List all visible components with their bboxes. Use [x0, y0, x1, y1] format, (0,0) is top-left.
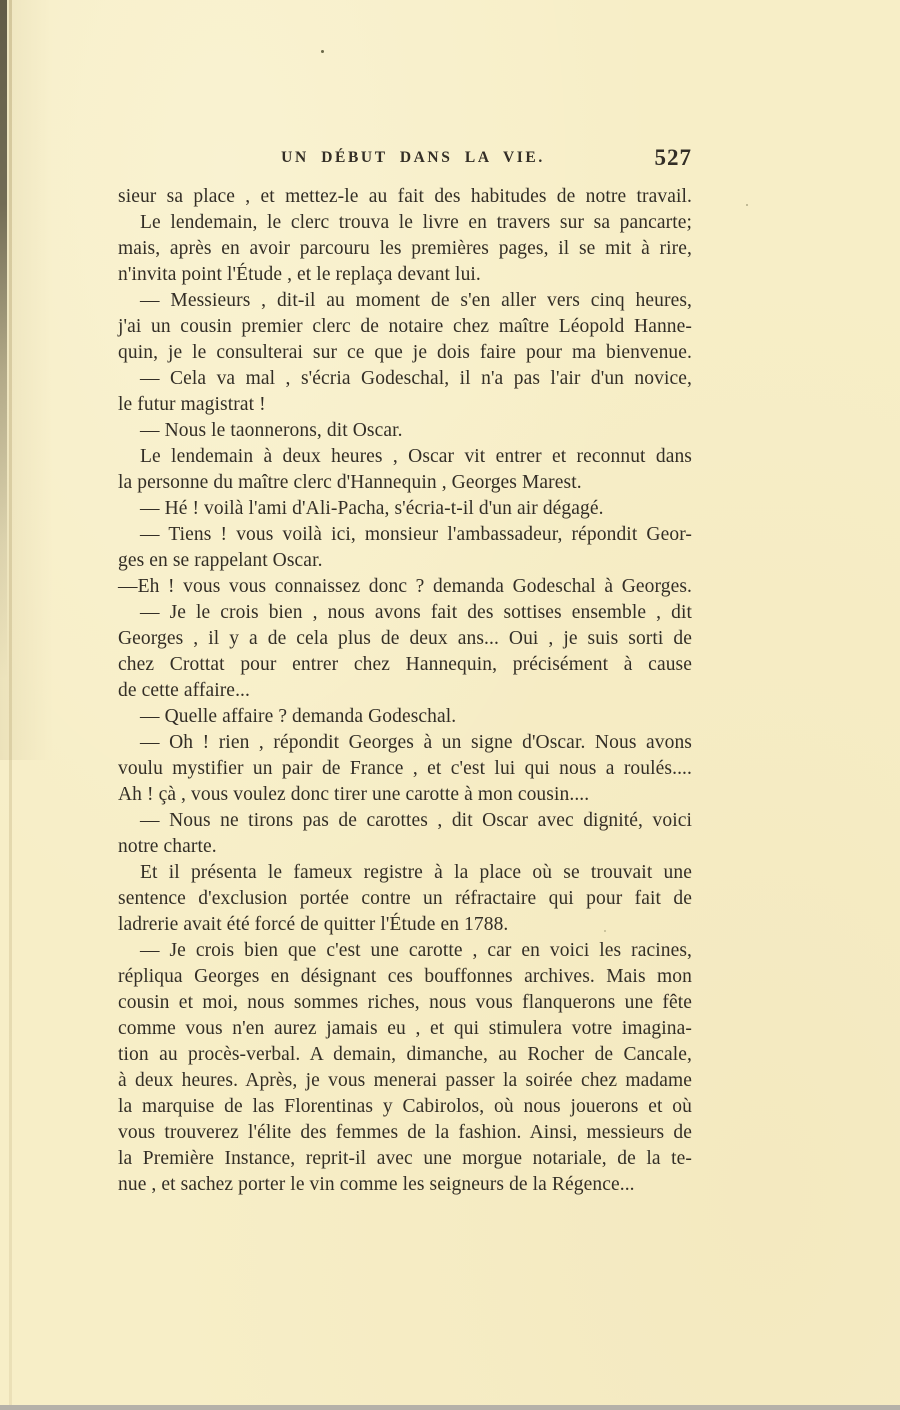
text-line: — Je le crois bien , nous avons fait des… [118, 600, 692, 626]
text-line: le futur magistrat ! [118, 392, 692, 418]
text-line: — Cela va mal , s'écria Godeschal, il n'… [118, 366, 692, 392]
text-line: — Hé ! voilà l'ami d'Ali-Pacha, s'écria-… [118, 496, 692, 522]
paper-speck [746, 204, 748, 206]
page-crease-line [9, 0, 12, 1410]
text-line: — Messieurs , dit-il au moment de s'en a… [118, 288, 692, 314]
text-line: Le lendemain à deux heures , Oscar vit e… [118, 444, 692, 470]
text-line: — Quelle affaire ? demanda Godeschal. [118, 704, 692, 730]
text-line: n'invita point l'Étude , et le replaça d… [118, 262, 692, 288]
text-line: Le lendemain, le clerc trouva le livre e… [118, 210, 692, 236]
text-line: tion au procès-verbal. A demain, dimanch… [118, 1042, 692, 1068]
text-line: la personne du maître clerc d'Hannequin … [118, 470, 692, 496]
page-number: 527 [655, 145, 693, 171]
text-line: à deux heures. Après, je vous menerai pa… [118, 1068, 692, 1094]
text-line: sieur sa place , et mettez-le au fait de… [118, 184, 692, 210]
text-line: Et il présenta le fameux registre à la p… [118, 860, 692, 886]
text-block: sieur sa place , et mettez-le au fait de… [118, 184, 692, 1198]
left-gutter-shading [0, 0, 62, 760]
text-line: Ah ! çà , vous voulez donc tirer une car… [118, 782, 692, 808]
text-line: Georges , il y a de cela plus de deux an… [118, 626, 692, 652]
text-line: quin, je le consulterai sur ce que je do… [118, 340, 692, 366]
text-line: comme vous n'en aurez jamais eu , et qui… [118, 1016, 692, 1042]
text-line: vous trouverez l'élite des femmes de la … [118, 1120, 692, 1146]
text-line: — Nous le taonnerons, dit Oscar. [118, 418, 692, 444]
text-line: — Tiens ! vous voilà ici, monsieur l'amb… [118, 522, 692, 548]
scanned-book-page: UN DÉBUT DANS LA VIE. 527 sieur sa place… [0, 0, 900, 1410]
text-line: chez Crottat pour entrer chez Hannequin,… [118, 652, 692, 678]
text-line: — Oh ! rien , répondit Georges à un sign… [118, 730, 692, 756]
text-line: la Première Instance, reprit-il avec une… [118, 1146, 692, 1172]
paper-speck [321, 50, 324, 53]
text-line: voulu mystifier un pair de France , et c… [118, 756, 692, 782]
text-line: — Je crois bien que c'est une carotte , … [118, 938, 692, 964]
page-header: UN DÉBUT DANS LA VIE. 527 [118, 149, 692, 177]
text-line: nue , et sachez porter le vin comme les … [118, 1172, 692, 1198]
text-line: répliqua Georges en désignant ces bouffo… [118, 964, 692, 990]
text-line: cousin et moi, nous sommes riches, nous … [118, 990, 692, 1016]
text-line: notre charte. [118, 834, 692, 860]
text-line: —Eh ! vous vous connaissez donc ? demand… [118, 574, 692, 600]
running-title: UN DÉBUT DANS LA VIE. [126, 149, 700, 167]
text-line: sentence d'exclusion portée contre un ré… [118, 886, 692, 912]
text-line: — Nous ne tirons pas de carottes , dit O… [118, 808, 692, 834]
text-line: ges en se rappelant Oscar. [118, 548, 692, 574]
text-line: j'ai un cousin premier clerc de notaire … [118, 314, 692, 340]
text-line: mais, après en avoir parcouru les premiè… [118, 236, 692, 262]
text-line: la marquise de las Florentinas y Cabirol… [118, 1094, 692, 1120]
scan-bottom-edge [0, 1405, 900, 1410]
binding-edge-shadow [0, 0, 7, 680]
text-line: ladrerie avait été forcé de quitter l'Ét… [118, 912, 692, 938]
text-line: de cette affaire... [118, 678, 692, 704]
